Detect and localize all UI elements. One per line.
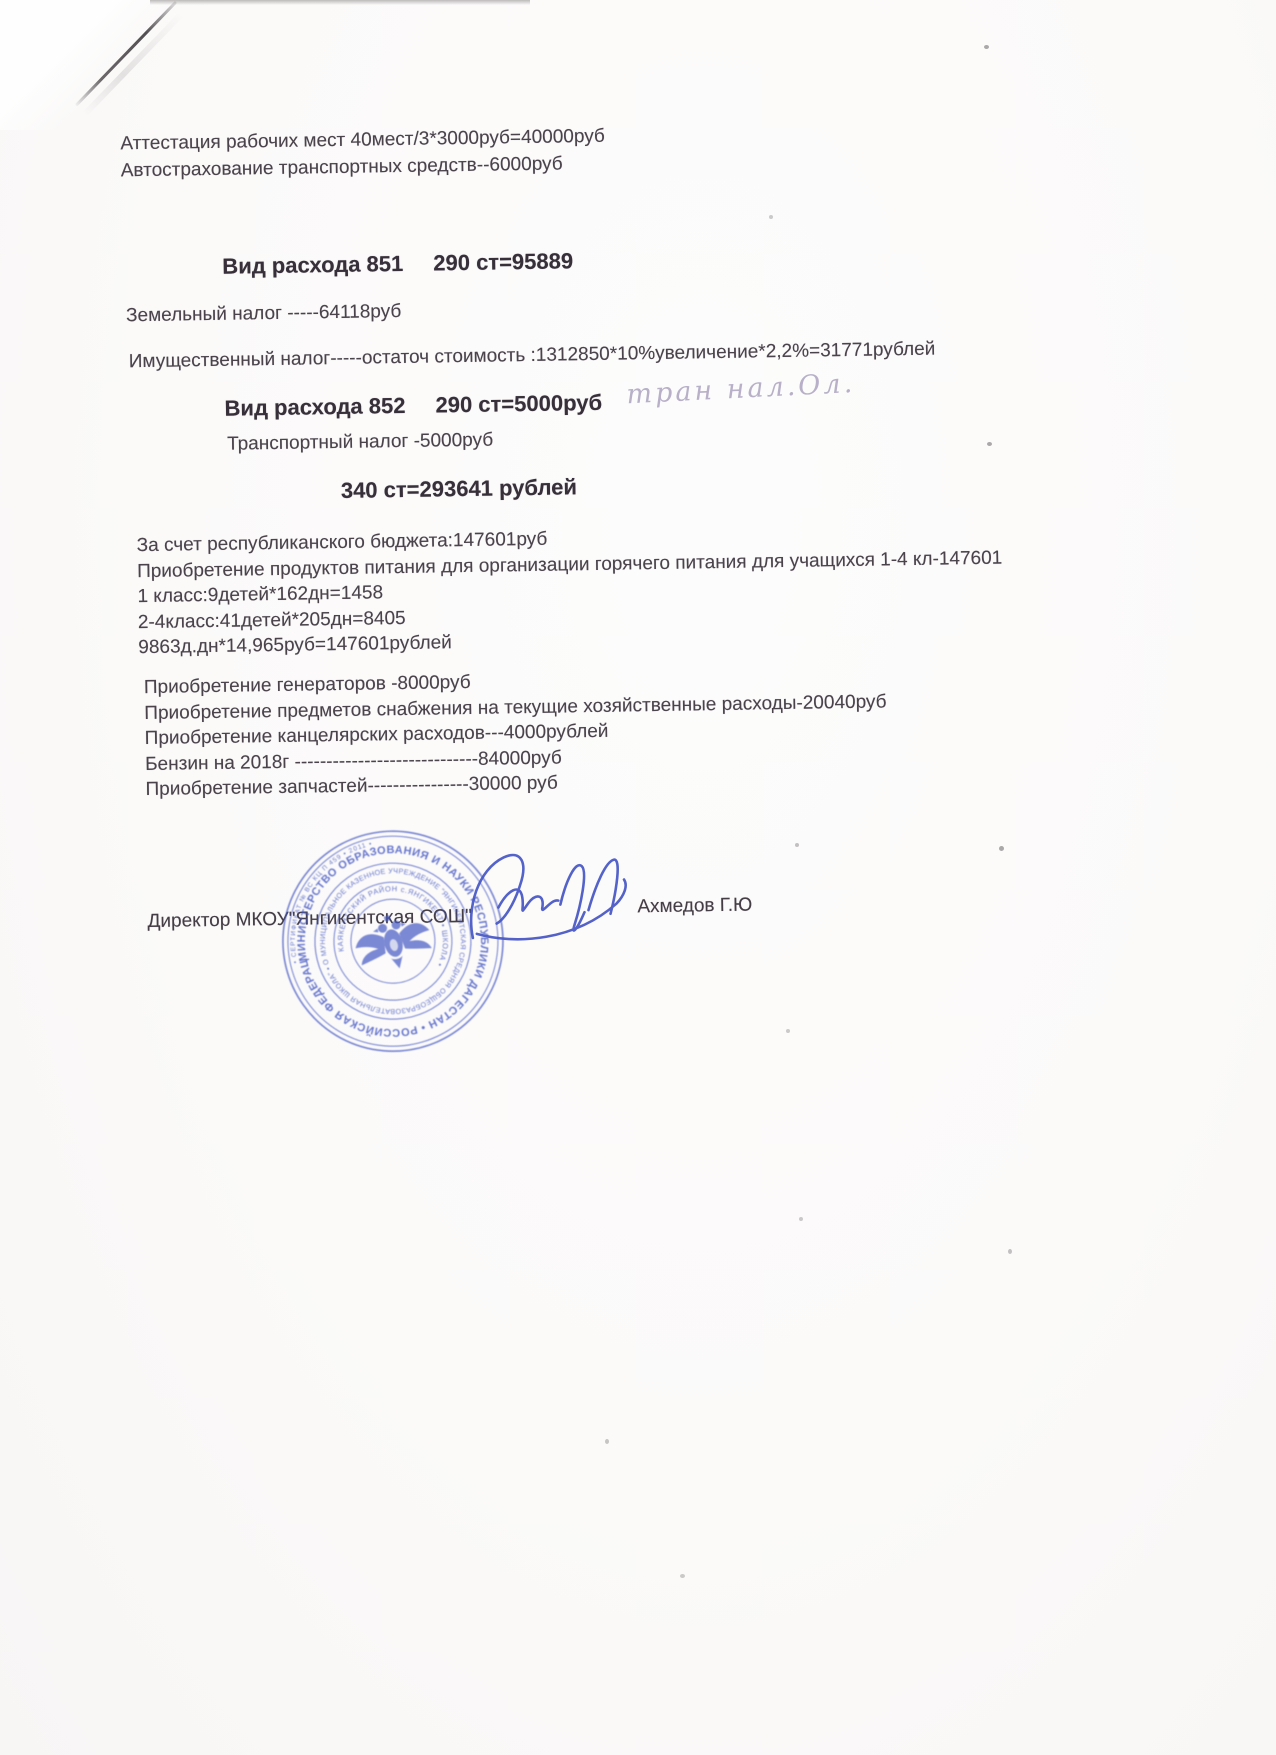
director-name: Ахмедов Г.Ю xyxy=(637,895,752,919)
eagle-emblem-icon xyxy=(350,907,437,978)
handwritten-note: тран нал.Ол. xyxy=(626,368,856,411)
section-340-heading: 340 ст=293641 рублей xyxy=(341,474,577,504)
section-851-code: Вид расхода 851 xyxy=(222,251,403,280)
section-852-heading: Вид расхода 852 290 ст=5000руб xyxy=(224,390,602,422)
transport-tax-line: Транспортный налог -5000руб xyxy=(227,428,493,458)
scanned-document-page: Аттестация рабочих мест 40мест/3*3000руб… xyxy=(0,0,1276,1755)
document-content: Аттестация рабочих мест 40мест/3*3000руб… xyxy=(0,0,1276,1755)
land-tax-line: Земельный налог -----64118руб xyxy=(126,299,402,329)
section-852-amount: 290 ст=5000руб xyxy=(435,390,602,419)
section-852-code: Вид расхода 852 xyxy=(224,393,405,422)
section-851-heading: Вид расхода 851 290 ст=95889 xyxy=(222,248,573,280)
purchases-block: Приобретение генераторов -8000руб Приобр… xyxy=(144,663,888,802)
section-851-amount: 290 ст=95889 xyxy=(433,248,573,276)
budget-block: За счет республиканского бюджета:147601р… xyxy=(136,520,1003,661)
intro-block: Аттестация рабочих мест 40мест/3*3000руб… xyxy=(120,123,605,185)
